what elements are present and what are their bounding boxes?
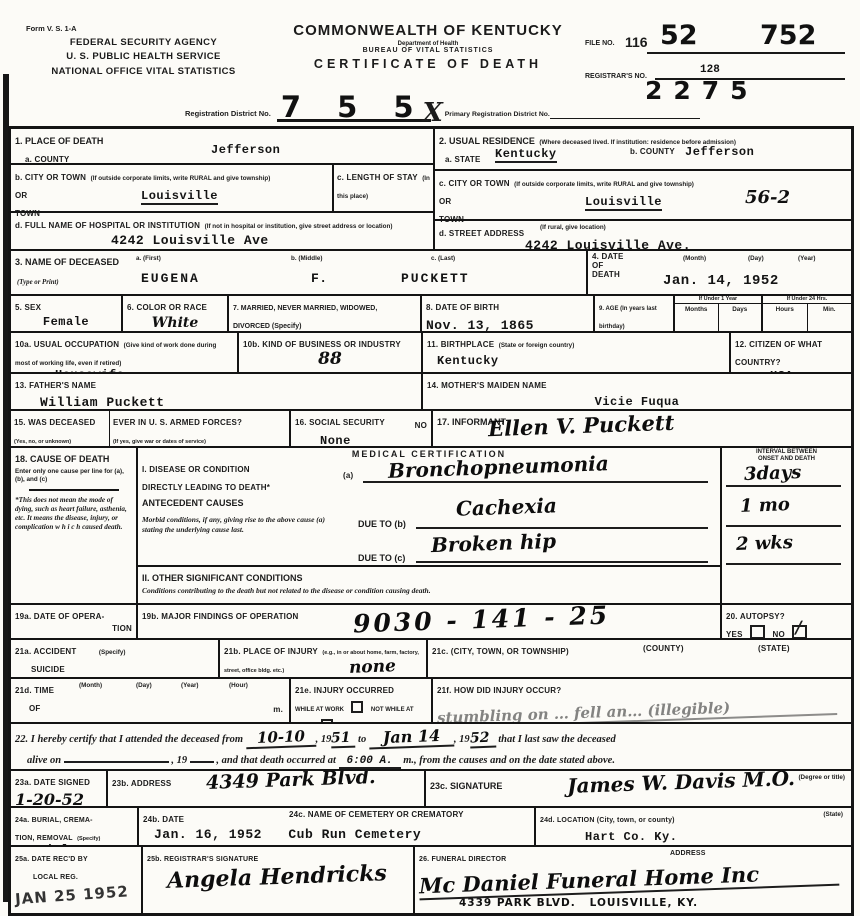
- cemetery-label: 24c. NAME OF CEMETERY OR CREMATORY: [289, 810, 464, 819]
- field-burial-date-cemetery: 24b. DATE 24c. NAME OF CEMETERY OR CREMA…: [139, 808, 536, 845]
- file-no-written: 752: [760, 20, 816, 51]
- file-no-written: 52: [660, 20, 698, 51]
- registrars-no-label: REGISTRAR'S NO.: [585, 73, 647, 80]
- injury-county-label: (COUNTY): [643, 644, 684, 653]
- primary-district-label: Primary Registration District No.: [445, 111, 550, 122]
- field-how-injury-occurred: 21f. HOW DID INJURY OCCUR? stumbling on …: [433, 679, 851, 722]
- state-value: Kentucky: [495, 147, 557, 163]
- commonwealth-title: COMMONWEALTH OF KENTUCKY: [258, 22, 598, 39]
- agency-line: FEDERAL SECURITY AGENCY: [26, 36, 261, 50]
- signer-address-label: 23b. ADDRESS: [112, 779, 171, 788]
- burial-location-label: 24d. LOCATION (City, town, or county): [540, 817, 675, 824]
- how-injury-label: 21f. HOW DID INJURY OCCUR?: [437, 686, 561, 695]
- cause-footnote: *This does not mean the mode of dying, s…: [15, 496, 132, 532]
- asv-label-2: SUICIDE: [31, 665, 65, 674]
- residence-city-value: Louisville: [585, 195, 662, 211]
- not-while-at-work-checkbox: [321, 719, 333, 722]
- residence-city-handnote: 56-2: [745, 187, 790, 208]
- certify-text-3: alive on: [27, 755, 61, 766]
- street-value: 4242 Louisville Ave.: [525, 238, 691, 249]
- due-to-b-label: DUE TO (b): [358, 519, 406, 529]
- field-date-signed: 23a. DATE SIGNED 1-20-52: [11, 771, 108, 806]
- field-injury-occurred: 21e. INJURY OCCURRED WHILE AT WORK NOT W…: [291, 679, 433, 722]
- due-to-c-label: DUE TO (c): [358, 553, 405, 563]
- toi-month: (Month): [79, 682, 102, 690]
- interval-column: INTERVAL BETWEEN ONSET AND DEATH 3days 1…: [722, 448, 851, 603]
- min-col-label: Min.: [808, 304, 852, 331]
- length-of-stay-label: c. LENGTH OF STAY: [337, 173, 418, 182]
- registrar-signature-value: Angela Hendricks: [167, 860, 388, 894]
- antecedent-title: ANTECEDENT CAUSES: [142, 498, 244, 508]
- name-title: 3. NAME OF DECEASED: [15, 257, 119, 267]
- toi-hour: (Hour): [229, 682, 248, 690]
- field-race: 6. COLOR OR RACE White: [123, 296, 229, 331]
- registrar-signature-label: 25b. REGISTRAR'S SIGNATURE: [147, 856, 258, 863]
- date-received-label-2: LOCAL REG.: [33, 874, 78, 881]
- field-place-of-injury: 21b. PLACE OF INJURY (e.g., in or about …: [220, 640, 428, 677]
- field-time-of-injury: 21d. TIME (Month) (Day) (Year) (Hour) OF…: [11, 679, 291, 722]
- signature-label: 23c. SIGNATURE: [430, 781, 502, 791]
- certificate-title: CERTIFICATE OF DEATH: [258, 57, 598, 71]
- other-conditions-note: Conditions contributing to the death but…: [142, 586, 716, 595]
- physician-signature-value: James W. Davis M.O.: [566, 771, 795, 798]
- asv-label-1: 21a. ACCIDENT: [15, 647, 76, 656]
- age-label: 9. AGE (In years last birthday): [599, 306, 657, 330]
- time-of-injury-label-1: 21d. TIME: [15, 686, 54, 695]
- county-label: a. COUNTY: [25, 155, 69, 164]
- certify-19a: , 19: [316, 734, 332, 745]
- certify-text-5: , and that death occurred at: [216, 755, 336, 766]
- field-date-received: 25a. DATE REC'D BY LOCAL REG. JAN 25 195…: [11, 847, 143, 913]
- disease-label-1: I. DISEASE OR CONDITION: [142, 465, 250, 474]
- signer-address-value: 4349 Park Blvd.: [206, 771, 376, 794]
- city-label: b. CITY OR TOWN: [15, 173, 86, 182]
- field-social-security: 16. SOCIAL SECURITY NO None: [291, 411, 433, 446]
- field-operation-findings: 19b. MAJOR FINDINGS OF OPERATION 9030 - …: [138, 605, 722, 638]
- file-no-label: FILE NO.: [585, 40, 615, 47]
- first-name-value: EUGENA: [141, 271, 200, 286]
- birth-label: 8. DATE OF BIRTH: [426, 303, 499, 312]
- mother-value: Vicie Fuqua: [427, 395, 847, 409]
- hospital-note: (If not in hospital or institution, give…: [205, 223, 393, 230]
- armed-forces-label-b: EVER IN U. S. ARMED FORCES?: [113, 418, 242, 427]
- autopsy-label: 20. AUTOPSY?: [726, 612, 785, 621]
- ssn-no-label: NO: [415, 421, 427, 430]
- burial-note: (Specify): [77, 836, 100, 842]
- occupation-label: 10a. USUAL OCCUPATION: [15, 340, 119, 349]
- place-of-death-title: 1. PLACE OF DEATH: [15, 136, 103, 146]
- citizen-value: USA: [770, 369, 847, 372]
- time-of-injury-label-2: OF: [29, 704, 41, 713]
- state-label: a. STATE: [445, 155, 481, 164]
- month-col-label: (Month): [683, 255, 706, 263]
- registrars-no-written: 128: [700, 64, 720, 76]
- operation-date-label-2: TION: [15, 624, 132, 633]
- field-injury-location: 21c. (CITY, TOWN, OR TOWNSHIP) (COUNTY) …: [428, 640, 851, 677]
- interval-c-value: 2 wks: [736, 532, 794, 555]
- injury-occurred-label: 21e. INJURY OCCURRED: [295, 686, 394, 695]
- while-at-work-label: WHILE AT WORK: [295, 707, 344, 713]
- county-value: Jefferson: [211, 143, 280, 157]
- interval-b-value: 1 mo: [740, 495, 791, 518]
- middle-label: b. (Middle): [291, 255, 322, 263]
- certify-from-value: 10-10: [245, 727, 316, 749]
- disease-label-2: DIRECTLY LEADING TO DEATH*: [142, 483, 270, 492]
- certify-text-4: , 19: [171, 755, 187, 766]
- sex-value: Female: [15, 315, 117, 329]
- certify-text-6: m., from the causes and on the date stat…: [403, 755, 615, 766]
- other-conditions-title: II. OTHER SIGNIFICANT CONDITIONS: [142, 573, 303, 583]
- residence-county-value: Jefferson: [685, 145, 754, 159]
- certify-to-value: Jan 14: [369, 726, 455, 750]
- citizen-label: 12. CITIZEN OF WHAT COUNTRY?: [735, 340, 822, 367]
- field-age: 9. AGE (In years last birthday) 86: [595, 296, 675, 331]
- certification-statement: 22. I hereby certify that I attended the…: [11, 724, 851, 769]
- sex-label: 5. SEX: [15, 303, 41, 312]
- residence-city-note: (If outside corporate limits, write RURA…: [514, 181, 694, 188]
- field-sex: 5. SEX Female: [11, 296, 123, 331]
- autopsy-no-label: NO: [773, 630, 785, 638]
- hours-col-label: Hours: [763, 304, 808, 331]
- burial-type-value: Burial: [23, 843, 133, 845]
- file-no-printed: 116: [625, 34, 648, 50]
- usual-residence-title: 2. USUAL RESIDENCE: [439, 136, 535, 146]
- cause-title: 18. CAUSE OF DEATH: [15, 454, 109, 464]
- under-24-hrs-label: If Under 24 Hrs.: [763, 296, 851, 304]
- injury-city-label: 21c. (CITY, TOWN, OR TOWNSHIP): [432, 647, 569, 656]
- birthplace-value: Kentucky: [437, 354, 725, 368]
- father-label: 13. FATHER'S NAME: [15, 381, 96, 390]
- registration-district-block: Registration District No. 7 5 5 X Primar…: [185, 96, 700, 122]
- interval-label-1: INTERVAL BETWEEN: [726, 449, 847, 456]
- date-received-label-1: 25a. DATE REC'D BY: [15, 856, 88, 863]
- asv-note: (Specify): [99, 649, 126, 656]
- street-note: (If rural, give location): [540, 224, 606, 232]
- armed-forces-note-b: (If yes, give war or dates of service): [113, 439, 206, 445]
- field-burial-type: 24a. BURIAL, CREMA- TION, REMOVAL (Speci…: [11, 808, 139, 845]
- field-informant: 17. INFORMANT Ellen V. Puckett: [433, 411, 851, 446]
- toi-m-label: m.: [273, 705, 283, 714]
- burial-location-state-label: (State): [823, 811, 843, 819]
- cemetery-value: Cub Run Cemetery: [288, 827, 421, 842]
- while-at-work-checkbox: [351, 701, 363, 713]
- date-signed-label: 23a. DATE SIGNED: [15, 778, 90, 787]
- injury-state-label: (STATE): [758, 644, 790, 653]
- place-of-injury-label: 21b. PLACE OF INJURY: [224, 647, 318, 656]
- name-note: (Type or Print): [17, 279, 59, 287]
- occupation-value: Housewife: [55, 368, 233, 372]
- field-father-name: 13. FATHER'S NAME William Puckett: [11, 374, 423, 409]
- race-label: 6. COLOR OR RACE: [127, 303, 207, 312]
- city-note: (If outside corporate limits, write RURA…: [91, 175, 271, 182]
- medical-certification-block: MEDICAL CERTIFICATION I. DISEASE OR COND…: [138, 448, 722, 603]
- cause-note: Enter only one cause per line for (a), (…: [15, 468, 132, 483]
- field-funeral-director: 26. FUNERAL DIRECTOR ADDRESS Mc Daniel F…: [415, 847, 851, 913]
- ssn-value: None: [320, 434, 427, 446]
- certify-year1: 51: [331, 730, 356, 749]
- hospital-value: 4242 Louisville Ave: [111, 233, 269, 248]
- field-burial-location: 24d. LOCATION (City, town, or county) (S…: [536, 808, 851, 845]
- field-occupation: 10a. USUAL OCCUPATION (Give kind of work…: [11, 333, 239, 372]
- date-of-death-label: 4. DATE OF DEATH: [592, 252, 630, 280]
- toi-year: (Year): [181, 682, 199, 690]
- months-col-label: Months: [675, 304, 719, 331]
- certify-text-2: that I last saw the deceased: [498, 734, 616, 745]
- section-date-of-death: 4. DATE OF DEATH (Month) (Day) (Year) Ja…: [588, 251, 851, 294]
- death-certificate-document: Form V. S. 1-A FEDERAL SECURITY AGENCY U…: [0, 0, 860, 916]
- registration-district-stamp: 7 5 5: [277, 96, 431, 122]
- race-value: White: [127, 315, 223, 331]
- certify-year2: 52: [469, 730, 496, 749]
- toi-day: (Day): [136, 682, 152, 690]
- autopsy-yes-checkbox: [750, 625, 765, 638]
- burial-date-value: Jan. 16, 1952: [154, 827, 262, 842]
- certificate-form-body: 1. PLACE OF DEATH a. COUNTY Jefferson b.…: [8, 126, 854, 916]
- section-name-of-deceased: 3. NAME OF DECEASED (Type or Print) a. (…: [11, 251, 588, 294]
- interval-a-value: 3days: [744, 462, 802, 485]
- certify-time-value: 6:00 A.: [339, 755, 401, 769]
- marital-label: 7. MARRIED, NEVER MARRIED, WIDOWED, DIVO…: [233, 305, 377, 330]
- certify-to-word: to: [358, 734, 366, 745]
- father-value: William Puckett: [40, 395, 417, 409]
- business-hand-value: 88: [243, 349, 417, 369]
- field-registrar-signature: 25b. REGISTRAR'S SIGNATURE Angela Hendri…: [143, 847, 415, 913]
- section-cause-of-death: 18. CAUSE OF DEATH Enter only one cause …: [11, 448, 138, 603]
- hospital-label: d. FULL NAME OF HOSPITAL OR INSTITUTION: [15, 221, 200, 230]
- field-signer-address: 23b. ADDRESS 4349 Park Blvd.: [108, 771, 426, 806]
- autopsy-yes-label: YES: [726, 630, 743, 638]
- agency-line: NATIONAL OFFICE VITAL STATISTICS: [26, 65, 261, 79]
- agency-line: U. S. PUBLIC HEALTH SERVICE: [26, 50, 261, 64]
- last-label: c. (Last): [431, 255, 455, 263]
- strike-x-mark: X: [423, 104, 443, 122]
- year-col-label: (Year): [798, 255, 816, 263]
- file-no-line: [647, 52, 845, 54]
- field-autopsy: 20. AUTOPSY? YES NO ∕: [722, 605, 851, 638]
- cause-c-value: Broken hip: [431, 529, 557, 557]
- autopsy-no-checkbox: ∕: [792, 625, 807, 638]
- section-usual-residence: 2. USUAL RESIDENCE (Where deceased lived…: [435, 129, 851, 249]
- birth-value: Nov. 13, 1865: [426, 318, 589, 331]
- residence-city-label: c. CITY OR TOWN: [439, 179, 510, 188]
- field-physician-signature: 23c. SIGNATURE (Degree or title) James W…: [426, 771, 851, 806]
- cause-a-label: (a): [343, 471, 353, 480]
- field-date-of-birth: 8. DATE OF BIRTH Nov. 13, 1865: [422, 296, 595, 331]
- last-name-value: PUCKETT: [401, 271, 470, 286]
- business-label: 10b. KIND OF BUSINESS OR INDUSTRY: [243, 340, 401, 349]
- birthplace-note: (State or foreign country): [499, 342, 575, 349]
- field-armed-forces: 15. WAS DECEASED (Yes, no, or unknown) N…: [11, 411, 291, 446]
- under-1-year-label: If Under 1 Year: [675, 296, 761, 304]
- primary-district-line: [550, 118, 700, 119]
- days-col-label: Days: [719, 304, 762, 331]
- autopsy-no-mark: ∕: [795, 618, 801, 638]
- operation-date-label-1: 19a. DATE OF OPERA-: [15, 612, 104, 621]
- issuing-agency-block: Form V. S. 1-A FEDERAL SECURITY AGENCY U…: [26, 24, 261, 79]
- funeral-address-label: ADDRESS: [670, 850, 706, 858]
- field-age-under-24hr: If Under 24 Hrs. Hours Min.: [763, 296, 851, 331]
- mother-label: 14. MOTHER'S MAIDEN NAME: [427, 381, 547, 390]
- street-label: d. STREET ADDRESS: [439, 229, 524, 238]
- burial-label-2: TION, REMOVAL: [15, 835, 73, 842]
- birthplace-label: 11. BIRTHPLACE: [427, 340, 494, 349]
- field-date-of-operation: 19a. DATE OF OPERA- TION: [11, 605, 138, 638]
- title-block: COMMONWEALTH OF KENTUCKY Department of H…: [258, 22, 598, 71]
- form-number: Form V. S. 1-A: [26, 24, 261, 33]
- place-of-injury-value: none: [348, 656, 396, 677]
- funeral-director-label: 26. FUNERAL DIRECTOR: [419, 856, 506, 863]
- burial-location-value: Hart Co. Ky.: [585, 830, 847, 844]
- cause-b-value: Cachexia: [456, 494, 558, 522]
- city-value: Louisville: [141, 189, 218, 205]
- funeral-address-stamp: 4339 PARK BLVD. LOUISVILLE, KY.: [459, 897, 847, 909]
- antecedent-note: Morbid conditions, if any, giving rise t…: [142, 515, 347, 534]
- informant-signature: Ellen V. Puckett: [488, 411, 675, 441]
- date-received-stamp: JAN 25 1952: [15, 882, 138, 908]
- day-col-label: (Day): [748, 255, 764, 263]
- burial-label-1: 24a. BURIAL, CREMA-: [15, 817, 93, 824]
- section-place-of-death: 1. PLACE OF DEATH a. COUNTY Jefferson b.…: [11, 129, 435, 249]
- funeral-director-value: Mc Daniel Funeral Home Inc: [419, 859, 840, 901]
- operation-findings-label: 19b. MAJOR FINDINGS OF OPERATION: [142, 612, 299, 621]
- certify-19b: , 19: [454, 734, 470, 745]
- residence-county-label: b. COUNTY: [630, 147, 675, 156]
- cause-a-value: Bronchopneumonia: [388, 451, 609, 483]
- middle-name-value: F.: [311, 271, 328, 286]
- certify-text-1: 22. I hereby certify that I attended the…: [15, 734, 243, 745]
- ssn-label: 16. SOCIAL SECURITY: [295, 418, 385, 427]
- date-of-death-value: Jan. 14, 1952: [663, 273, 779, 289]
- degree-note: (Degree or title): [798, 774, 845, 782]
- field-business-industry: 10b. KIND OF BUSINESS OR INDUSTRY 88: [239, 333, 423, 372]
- burial-date-label: 24b. DATE: [143, 815, 184, 824]
- first-label: a. (First): [136, 255, 161, 263]
- how-injury-value: stumbling on … fell an… (illegible): [437, 695, 837, 722]
- field-age-under-1yr: If Under 1 Year Months Days: [675, 296, 763, 331]
- field-accident-suicide-homicide: 21a. ACCIDENT (Specify) SUICIDE HOMICIDE: [11, 640, 220, 677]
- armed-forces-label-a: 15. WAS DECEASED: [14, 418, 95, 427]
- field-citizenship: 12. CITIZEN OF WHAT COUNTRY? USA: [731, 333, 851, 372]
- bureau-subtitle: BUREAU OF VITAL STATISTICS: [258, 47, 598, 54]
- date-signed-value: 1-20-52: [15, 790, 102, 806]
- registration-district-label: Registration District No.: [185, 109, 271, 122]
- field-mother-name: 14. MOTHER'S MAIDEN NAME Vicie Fuqua: [423, 374, 851, 409]
- operation-findings-value: 9030 - 141 - 25: [353, 605, 611, 638]
- armed-forces-note-a: (Yes, no, or unknown): [14, 439, 71, 445]
- field-marital-status: 7. MARRIED, NEVER MARRIED, WIDOWED, DIVO…: [229, 296, 422, 331]
- field-birthplace: 11. BIRTHPLACE (State or foreign country…: [423, 333, 731, 372]
